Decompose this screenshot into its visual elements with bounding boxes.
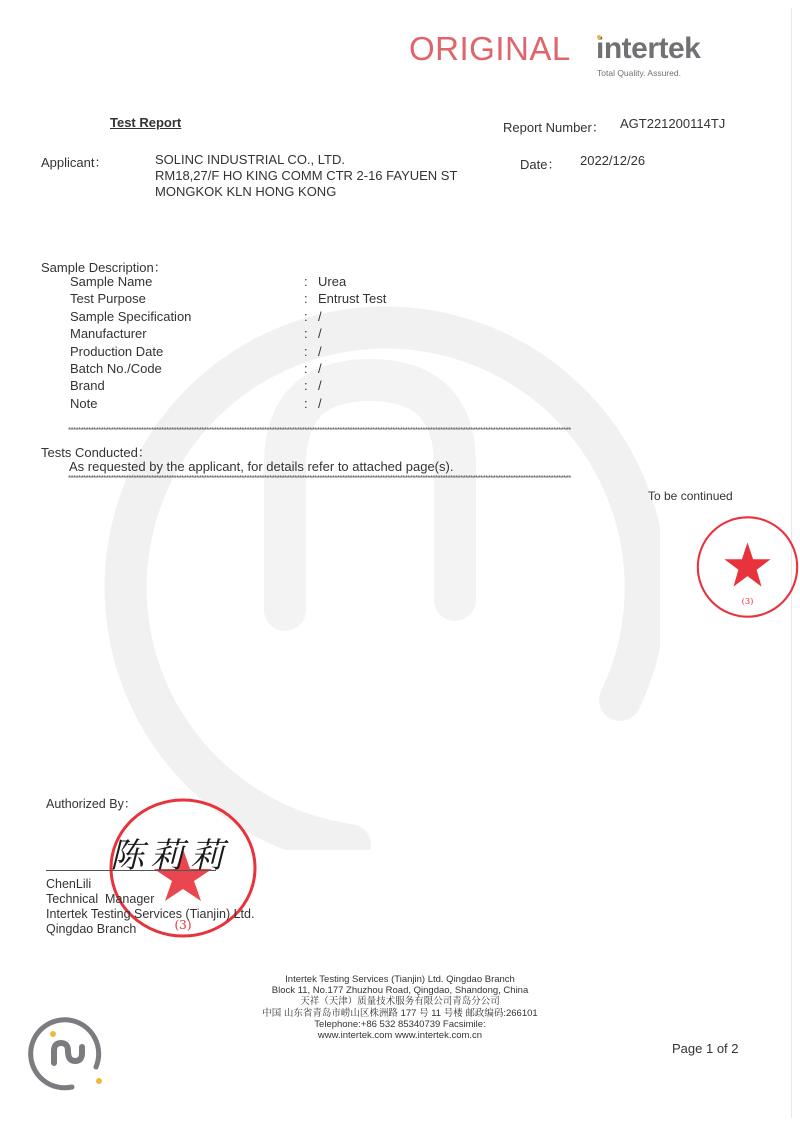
sample-row: Production Date:/ bbox=[70, 344, 386, 361]
footer-line: 天祥（天津）质量技术服务有限公司青岛分公司 bbox=[200, 996, 600, 1007]
applicant-address-line1: RM18,27/F HO KING COMM CTR 2-16 FAYUEN S… bbox=[155, 168, 457, 184]
sample-value: / bbox=[318, 309, 322, 326]
tests-conducted-text: As requested by the applicant, for detai… bbox=[69, 459, 453, 474]
date-label: Date： bbox=[520, 154, 560, 173]
sample-row: Sample Specification:/ bbox=[70, 309, 386, 326]
authorizer-position: Technical Manager bbox=[46, 892, 254, 907]
authorizer-company: Intertek Testing Services (Tianjin) Ltd. bbox=[46, 907, 254, 922]
sample-row: Sample Name:Urea bbox=[70, 274, 386, 291]
footer-line: www.intertek.com www.intertek.com.cn bbox=[200, 1030, 600, 1041]
sample-separator: : bbox=[304, 361, 318, 378]
sample-separator: : bbox=[304, 326, 318, 343]
brand-name: intertek bbox=[596, 34, 700, 64]
authorizer-name: ChenLili bbox=[46, 877, 254, 892]
sample-separator: : bbox=[304, 274, 318, 291]
sample-value: Urea bbox=[318, 274, 346, 291]
authorizer-block: ChenLili Technical Manager Intertek Test… bbox=[46, 877, 254, 937]
sample-key: Manufacturer bbox=[70, 326, 304, 343]
sample-value: / bbox=[318, 396, 322, 413]
seal-number: (3) bbox=[742, 596, 754, 606]
to-be-continued: To be continued bbox=[648, 489, 733, 503]
sample-value: / bbox=[318, 378, 322, 395]
signature-line bbox=[46, 870, 216, 871]
sample-separator: : bbox=[304, 291, 318, 308]
separator-line: ****************************************… bbox=[68, 475, 742, 483]
applicant-address-line2: MONGKOK KLN HONG KONG bbox=[155, 184, 457, 200]
sample-separator: : bbox=[304, 344, 318, 361]
applicant-block: SOLINC INDUSTRIAL CO., LTD. RM18,27/F HO… bbox=[155, 152, 457, 200]
applicant-name: SOLINC INDUSTRIAL CO., LTD. bbox=[155, 152, 457, 168]
sample-row: Batch No./Code:/ bbox=[70, 361, 386, 378]
sample-separator: : bbox=[304, 396, 318, 413]
sample-separator: : bbox=[304, 378, 318, 395]
sample-key: Sample Name bbox=[70, 274, 304, 291]
sample-row: Test Purpose:Entrust Test bbox=[70, 291, 386, 308]
brand-dot-icon bbox=[597, 35, 601, 39]
sample-separator: : bbox=[304, 309, 318, 326]
intertek-in-logo-icon bbox=[28, 1015, 104, 1091]
sample-key: Test Purpose bbox=[70, 291, 304, 308]
footer-address: Intertek Testing Services (Tianjin) Ltd.… bbox=[200, 974, 600, 1041]
sample-key: Batch No./Code bbox=[70, 361, 304, 378]
sample-value: Entrust Test bbox=[318, 291, 386, 308]
sample-row: Manufacturer:/ bbox=[70, 326, 386, 343]
sample-key: Note bbox=[70, 396, 304, 413]
footer-line: Telephone:+86 532 85340739 Facsimile: bbox=[200, 1019, 600, 1030]
sample-description-table: Sample Name:UreaTest Purpose:Entrust Tes… bbox=[70, 274, 386, 413]
sample-row: Brand:/ bbox=[70, 378, 386, 395]
authorized-by-label: Authorized By： bbox=[46, 794, 136, 812]
sample-key: Sample Specification bbox=[70, 309, 304, 326]
sample-value: / bbox=[318, 344, 322, 361]
scan-edge-line bbox=[791, 8, 792, 1118]
footer-line: 中国 山东省青岛市崂山区株洲路 177 号 11 号楼 邮政编码:266101 bbox=[200, 1008, 600, 1019]
brand-tagline: Total Quality. Assured. bbox=[597, 68, 700, 78]
footer-line: Block 11, No.177 Zhuzhou Road, Qingdao, … bbox=[200, 985, 600, 996]
authorizer-branch: Qingdao Branch bbox=[46, 922, 254, 937]
footer-line: Intertek Testing Services (Tianjin) Ltd.… bbox=[200, 974, 600, 985]
sample-key: Production Date bbox=[70, 344, 304, 361]
sample-key: Brand bbox=[70, 378, 304, 395]
report-date: 2022/12/26 bbox=[580, 153, 645, 168]
original-stamp-text: ORIGINAL bbox=[409, 30, 571, 68]
sample-value: / bbox=[318, 326, 322, 343]
company-seal-icon: (3) bbox=[695, 492, 800, 642]
document-title: Test Report bbox=[110, 115, 181, 130]
sample-row: Note:/ bbox=[70, 396, 386, 413]
sample-value: / bbox=[318, 361, 322, 378]
intertek-logo: intertek Total Quality. Assured. bbox=[596, 34, 700, 78]
report-number-label: Report Number： bbox=[503, 117, 605, 136]
report-number: AGT221200114TJ bbox=[620, 116, 725, 131]
separator-line: ****************************************… bbox=[68, 427, 742, 435]
page-number: Page 1 of 2 bbox=[672, 1041, 739, 1056]
applicant-label: Applicant： bbox=[41, 152, 107, 171]
